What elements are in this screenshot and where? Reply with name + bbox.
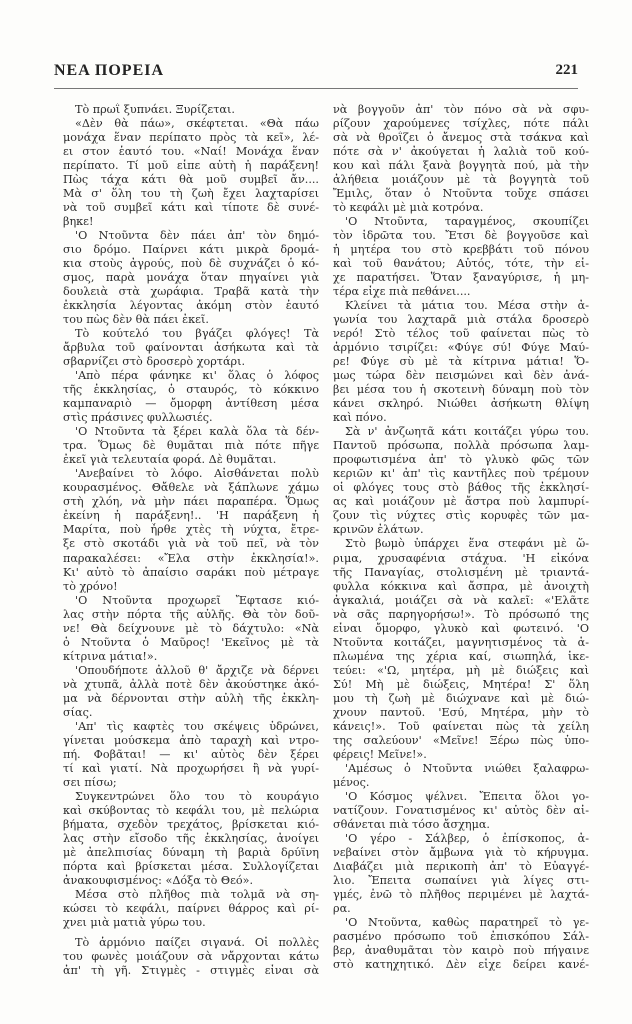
text-line: ξε στὸ σκοτάδι γιὰ νὰ τοῦ πεῖ, νὰ τὸν	[63, 537, 319, 551]
text-line: δουλειὰ στὰ χωράφια. Τραβᾶ κατὰ τὴν	[63, 285, 319, 299]
text-line: σίας.	[63, 706, 319, 720]
text-line: κουρασμένος. Θἄθελε νὰ ξάπλωνε χάμω	[63, 481, 319, 495]
text-line: βει μέσα του ἡ σκοτεινὴ δύναμη ποὺ τὸν	[333, 383, 589, 397]
text-line: τρα. Ὅμως δὲ θυμᾶται πιὰ πότε πῆγε	[63, 439, 319, 453]
text-line: σὰ νὰ θροΐζει ὁ ἄνεμος στὰ τσάκνα καὶ	[333, 131, 589, 145]
text-line: στὸ κατηχητικό. Δὲν εἶχε δείρει κανέ-	[333, 958, 589, 972]
text-line: μα νὰ δέρνονται στὴν αὐλὴ τῆς ἐκκλη-	[63, 692, 319, 706]
text-line: τὸ κεφάλι μὲ μιὰ κοτρόνα.	[333, 201, 589, 215]
text-line: νὰ χτυπᾶ, ἀλλὰ ποτὲ δὲν ἀκούστηκε ἀκό-	[63, 678, 319, 692]
text-line: βερ, ἀναθυμᾶται τὸν καιρὸ ποὺ πήγαινε	[333, 944, 589, 958]
text-line: νατίζουν. Γονατισμένος κι' αὐτὸς δὲν αἰ-	[333, 804, 589, 818]
text-line: Τὸ ἁρμόνιο παίζει σιγανά. Οἱ πολλὲς	[63, 936, 319, 950]
text-line: ἀπ' τὴ γῆ. Στιγμὲς - στιγμὲς εἶναι σὰ	[63, 964, 319, 978]
journal-title: ΝΕΑ ΠΟΡΕΙΑ	[54, 62, 164, 80]
text-line: φυλλα κόκκινα καὶ ἄσπρα, μὲ ἀνοιχτὴ	[333, 580, 589, 594]
text-line: 'Ο Ντοῦντα, καθὼς παρατηρεῖ τὸ γε-	[333, 916, 589, 930]
text-line: φέρεις! Μεῖνε!».	[333, 748, 589, 762]
text-line: του φωνὲς μοιάζουν σὰ νἄρχονται κάτω	[63, 950, 319, 964]
text-line: 'Ανεβαίνει τὸ λόφο. Αἰσθάνεται πολὺ	[63, 467, 319, 481]
text-line: σιο δρόμο. Παίρνει κάτι μικρὰ δρομά-	[63, 243, 319, 257]
text-line: νερό! Στὸ τέλος τοῦ φαίνεται πὼς τὸ	[333, 327, 589, 341]
text-line: Τὸ πρωΐ ξυπνάει. Ξυρίζεται.	[63, 103, 319, 117]
right-text-column: νὰ βογγοῦν ἀπ' τὸν πόνο σὰ νὰ σφυ-ρίζουν…	[333, 103, 589, 972]
text-line: ρίζουν χαρούμενες τσίχλες, πότε πάλι	[333, 117, 589, 131]
text-line: μονάχα ἕναν περίπατο πρὸς τὰ κεῖ», λέ-	[63, 131, 319, 145]
text-line: καὶ πόνο.	[333, 411, 589, 425]
text-line: Ἔμιλς, ὅταν ὁ Ντοῦντα τοὔχε σπάσει	[333, 187, 589, 201]
text-line: ἡ μητέρα του στὸ κρεββάτι τοῦ πόνου	[333, 243, 589, 257]
text-line: ζουν τὶς νύχτες στὶς κορυφὲς τῶν μα-	[333, 509, 589, 523]
text-line: χνουν παντοῦ. 'Εσύ, Μητέρα, μὴν τὸ	[333, 706, 589, 720]
text-line: Στὸ βωμὸ ὑπάρχει ἕνα στεφάνι μὲ ὥ-	[333, 537, 589, 551]
text-line: κάνει σκληρό. Νιώθει ἀσήκωτη θλίψη	[333, 397, 589, 411]
text-line: 'Ο Ντοῦντα προχωρεῖ Ἔφτασε κιό-	[63, 594, 319, 608]
text-line: λιο. Ἔπειτα σωπαίνει γιὰ λίγες στι-	[333, 874, 589, 888]
text-line: 'Αμέσως ὁ Ντοῦντα νιώθει ξαλαφρω-	[333, 762, 589, 776]
text-line: 'Ο Ντοῦντα, ταραγμένος, σκουπίζει	[333, 215, 589, 229]
text-line: 'Ο Ντοῦντα τὰ ξέρει καλὰ ὅλα τὰ δέν-	[63, 425, 319, 439]
text-line: ἀγκαλιά, μοιάζει σὰ νὰ καλεῖ: «'Ελᾶτε	[333, 594, 589, 608]
text-line: Μὰ σ' ὅλη του τὴ ζωὴ ἔχει λαχταρίσει	[63, 187, 319, 201]
text-line: 'Ο Ντοῦντα δὲν πάει ἀπ' τὸν δημό-	[63, 229, 319, 243]
text-line: κώσει τὸ κεφάλι, παίρνει θάρρος καὶ ρί-	[63, 902, 319, 916]
text-line: μὲ ἀπελπισίας δύναμη τὴ βαριὰ δρύϊνη	[63, 846, 319, 860]
text-line: κια στοὺς ἀγρούς, ποὺ δὲ συχνάζει ὁ κό-	[63, 257, 319, 271]
text-line: περίπατο. Τί μοῦ εἶπε αὐτὴ ἡ παράξενη!	[63, 159, 319, 173]
text-line: τί καὶ γιατί. Νὰ προχωρήσει ἢ νὰ γυρί-	[63, 762, 319, 776]
text-line: ἀλήθεια μοιάζουν μὲ τὰ βογγητὰ τοῦ	[333, 173, 589, 187]
text-line: νὰ σᾶς παρηγορήσω!». Τὸ πρόσωπό της	[333, 608, 589, 622]
text-line: προφωτισμένα ἀπ' τὸ γλυκὸ φῶς τῶν	[333, 453, 589, 467]
text-line: Τὸ κούτελό του βγάζει φλόγες! Τὰ	[63, 327, 319, 341]
text-line: ρα.	[333, 902, 589, 916]
text-line: χε παρατήσει. Ὅταν ξαναγύρισε, ἡ μη-	[333, 271, 589, 285]
text-line: μως τώρα δὲν πεισμώνει καὶ δὲν ἀνά-	[333, 369, 589, 383]
text-line: 'Απὸ πέρα φάνηκε κι' ὅλας ὁ λόφος	[63, 369, 319, 383]
text-line: 'Απ' τὶς καφτὲς του σκέψεις ὑδρώνει,	[63, 720, 319, 734]
text-line: καὶ σκύβοντας τὸ κεφάλι του, μὲ πελώρια	[63, 804, 319, 818]
text-line: ρασμένο πρόσωπο τοῦ ἐπισκόπου Σάλ-	[333, 930, 589, 944]
text-line: σμος, παρὰ μονάχα ὅταν πηγαίνει γιὰ	[63, 271, 319, 285]
text-line: ας καὶ μοιάζουν μὲ ἄστρα ποὺ λαμπυρί-	[333, 495, 589, 509]
text-line: ἐκείνη ἡ παράξενη!.. 'Η παράξενη ἡ	[63, 509, 319, 523]
text-line: Παντοῦ πρόσωπα, πολλὰ πρόσωπα λαμ-	[333, 439, 589, 453]
text-line: στὶς πράσινες φυλλωσιές.	[63, 411, 319, 425]
text-line: νὰ τοῦ συμβεῖ κάτι καὶ τίποτε δὲ συνέ-	[63, 201, 319, 215]
text-line: εἶναι ὄμορφο, γλυκὸ καὶ φωτεινό. 'Ο	[333, 622, 589, 636]
text-line: τὸν ἱδρῶτα του. Ἔτσι δὲ βογγοῦσε καὶ	[333, 229, 589, 243]
header-rule	[54, 88, 578, 89]
text-line: πόρτα καὶ βρίσκεται μέσα. Συλλογίζεται	[63, 860, 319, 874]
text-line: ὁ Ντοῦντα ὁ Μαῦρος! 'Εκεῖνος μὲ τὰ	[63, 636, 319, 650]
text-line: τῆς Παναγίας, στολισμένη μὲ τριαντά-	[333, 566, 589, 580]
text-line: Κλείνει τὰ μάτια του. Μέσα στὴν ἀ-	[333, 299, 589, 313]
text-line: νὰ βογγοῦν ἀπ' τὸν πόνο σὰ νὰ σφυ-	[333, 103, 589, 117]
text-line: πότε σὰ ν' ἀκούγεται ἡ λαλιὰ τοῦ κού-	[333, 145, 589, 159]
text-line: ἐκκλησία λέγοντας ἀκόμη στὸν ἑαυτό	[63, 299, 319, 313]
text-line: ἀνακουφισμένος: «Δόξα τὸ Θεό».	[63, 874, 319, 888]
text-line: κεριῶν κι' ἀπ' τὶς καντῆλες ποὺ τρέμουν	[333, 467, 589, 481]
text-line: Σὰ ν' ἀνζωητᾶ κάτι κοιτάζει γύρω του.	[333, 425, 589, 439]
left-text-column: Τὸ πρωΐ ξυπνάει. Ξυρίζεται.«Δὲν θὰ πάω»,…	[63, 103, 319, 978]
text-line: Συγκεντρώνει ὅλο του τὸ κουράγιο	[63, 790, 319, 804]
text-line: νεβαίνει στὸν ἄμβωνα γιὰ τὸ κήρυγμα.	[333, 846, 589, 860]
text-line: Ντοῦντα κοιτάζει, μαγνητισμένος τὰ ἁ-	[333, 636, 589, 650]
text-line: κρινῶν ἐλάτων.	[333, 523, 589, 537]
text-line: τέρα εἶχε πιὰ πεθάνει....	[333, 285, 589, 299]
scanned-page: ΝΕΑ ΠΟΡΕΙΑ 221 Τὸ πρωΐ ξυπνάει. Ξυρίζετα…	[0, 0, 632, 1024]
text-line: βηκε!	[63, 215, 319, 229]
text-line: γίνεται μούσκεμα ἀπὸ ταραχὴ καὶ ντρο-	[63, 734, 319, 748]
running-head: ΝΕΑ ΠΟΡΕΙΑ 221	[54, 62, 578, 84]
text-line: μου τὴ ζωὴ μὲ διώχνανε καὶ μὲ διώ-	[333, 692, 589, 706]
text-line: χνει μιὰ ματιὰ γύρω του.	[63, 916, 319, 930]
text-line: βήματα, σχεδὸν τρεχάτος, βρίσκεται κιό-	[63, 818, 319, 832]
text-line: ἐκεῖ γιὰ τελευταία φορά. Δὲ θυμᾶται.	[63, 453, 319, 467]
text-line: σβαρνίζει στὸ δροσερὸ χορτάρι.	[63, 355, 319, 369]
text-line: ἄρβυλα τοῦ φαίνονται ἀσήκωτα καὶ τὰ	[63, 341, 319, 355]
text-line: παρακαλέσει: «Ἔλα στὴν ἐκκλησία!».	[63, 552, 319, 566]
text-line: κάνεις!». Τοῦ φαίνεται πὼς τὰ χείλη	[333, 720, 589, 734]
text-line: πή. Φοβᾶται! — κι' αὐτὸς δὲν ξέρει	[63, 748, 319, 762]
text-line: λας στὴν πόρτα τῆς αὐλῆς. Θὰ τὸν δοῦ-	[63, 608, 319, 622]
text-line: γωνία του λαχταρᾶ μιὰ στάλα δροσερὸ	[333, 313, 589, 327]
text-line: πλωμένα της χέρια καί, σιωπηλά, ἱκε-	[333, 650, 589, 664]
text-line: σει πίσω;	[63, 776, 319, 790]
text-line: τεύει: «'Ω, μητέρα, μὴ μὲ διώξεις καὶ	[333, 664, 589, 678]
text-line: 'Ο Κόσμος ψέλνει. Ἔπειτα ὅλοι γο-	[333, 790, 589, 804]
text-line: ἁρμόνιο τσιρίζει: «Φύγε σύ! Φύγε Μαύ-	[333, 341, 589, 355]
text-line: Διαβάζει μιὰ περικοπὴ ἀπ' τὸ Εὐαγγέ-	[333, 860, 589, 874]
text-line: μένος.	[333, 776, 589, 790]
text-line: της σαλεύουν' «Μεῖνε! Ξέρω πὼς ὑπο-	[333, 734, 589, 748]
text-line: κου καὶ πάλι ξανὰ βογγητὰ πού, μὰ τὴν	[333, 159, 589, 173]
text-line: καὶ τοῦ θανάτου; Αὐτός, τότε, τὴν εἶ-	[333, 257, 589, 271]
text-line: ρε! Φύγε σὺ μὲ τὰ κίτρινα μάτια! Ὅ-	[333, 355, 589, 369]
text-line: 'Οπουδήποτε ἀλλοῦ θ' ἄρχιζε νὰ δέρνει	[63, 664, 319, 678]
text-line: Σύ! Μὴ μὲ διώξεις, Μητέρα! Σ' ὅλη	[333, 678, 589, 692]
text-line: κίτρινα μάτια!».	[63, 650, 319, 664]
text-line: ει στον ἑαυτό του. «Ναί! Μονάχα ἕναν	[63, 145, 319, 159]
text-line: 'Ο γέρο - Σάλβερ, ὁ ἐπίσκοπος, ἀ-	[333, 832, 589, 846]
text-line: γμές, ἐνῶ τὸ πλῆθος περιμένει μὲ λαχτά-	[333, 888, 589, 902]
text-line: Πὼς τάχα κάτι θὰ μοῦ συμβεῖ ἄν....	[63, 173, 319, 187]
text-line: οἱ φλόγες τους στὸ βάθος τῆς ἐκκλησί-	[333, 481, 589, 495]
text-line: Μαρίτα, ποὺ ἦρθε χτὲς τὴ νύχτα, ἔτρε-	[63, 523, 319, 537]
text-line: «Δὲν θὰ πάω», σκέφτεται. «Θὰ πάω	[63, 117, 319, 131]
text-line: σθάνεται πιὰ τόσο ἄσχημα.	[333, 818, 589, 832]
text-line: Κι' αὐτὸ τὸ ἀπαίσιο σαράκι ποὺ μέτραγε	[63, 566, 319, 580]
text-line: του πὼς δὲν θὰ πάει ἐκεῖ.	[63, 313, 319, 327]
text-line: στὴ χλόη, νὰ μὴν πάει παραπέρα. Ὅμως	[63, 495, 319, 509]
text-line: τὸ χρόνο!	[63, 580, 319, 594]
text-line: τῆς ἐκκλησίας, ὁ σταυρός, τὸ κόκκινο	[63, 383, 319, 397]
text-line: ριμα, χρυσαφένια στάχυα. 'Η εἰκόνα	[333, 552, 589, 566]
text-line: νε! Θὰ δείχνουνε μὲ τὸ δάχτυλο: «Νὰ	[63, 622, 319, 636]
page-number: 221	[556, 62, 579, 79]
text-line: λας στὴν εἴσοδο τῆς ἐκκλησίας, ἀνοίγει	[63, 832, 319, 846]
text-line: Μέσα στὸ πλῆθος πιὰ τολμᾶ νὰ ση-	[63, 888, 319, 902]
text-line: καμπαναριὸ — ὄμορφη ἀντίθεση μέσα	[63, 397, 319, 411]
